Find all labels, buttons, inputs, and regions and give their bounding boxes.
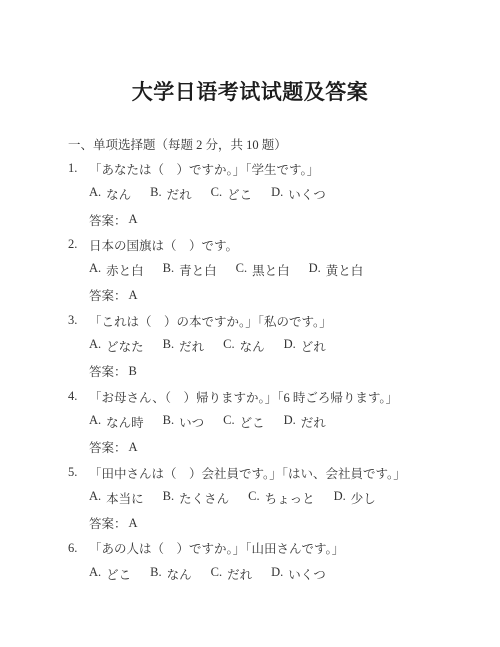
option-text: 黒と白 [252, 261, 290, 279]
option-label: C. [236, 261, 247, 279]
option-item: D.黄と白 [309, 261, 364, 279]
option-item: D.いくつ [271, 185, 326, 203]
section-heading: 一、单项选择题（每题 2 分，共 10 题） [0, 131, 500, 156]
answer-label: 答案： [89, 286, 127, 304]
option-text: だれ [179, 337, 204, 355]
option-text: なん [240, 337, 265, 355]
answer-label: 答案： [89, 514, 127, 532]
option-text: 少し [351, 489, 376, 507]
option-text: どこ [240, 413, 265, 431]
option-item: B.だれ [150, 185, 191, 203]
option-item: C.黒と白 [236, 261, 290, 279]
question-number: 4. [68, 389, 89, 404]
question-line: 2. 日本の国旗は（ ）です。 [0, 232, 500, 257]
question-block: 4. 「お母さん、（ ）帰りますか。」「6 時ごろ帰ります。」 A.なん時B.い… [0, 384, 500, 460]
option-item: A.本当に [89, 489, 144, 507]
option-label: A. [89, 185, 101, 203]
option-item: A.なん時 [89, 413, 144, 431]
option-item: B.いつ [163, 413, 204, 431]
question-options: A.どなたB.だれC.なんD.どれ [0, 333, 500, 358]
option-label: D. [334, 489, 346, 507]
option-text: 本当に [106, 489, 144, 507]
question-text: 「あなたは（ ）ですか。」「学生です。」 [89, 160, 319, 178]
question-answer-line: 答案：A [0, 435, 500, 460]
option-label: A. [89, 489, 101, 507]
option-item: D.どれ [284, 337, 326, 355]
option-item: C.なん [223, 337, 264, 355]
option-label: B. [163, 489, 174, 507]
option-label: B. [163, 261, 174, 279]
option-text: なん [167, 565, 192, 583]
question-answer-line: 答案：A [0, 207, 500, 232]
option-item: A.赤と白 [89, 261, 144, 279]
option-text: だれ [227, 565, 252, 583]
question-number: 6. [68, 541, 89, 556]
option-label: D. [309, 261, 321, 279]
option-text: だれ [301, 413, 326, 431]
option-text: どこ [106, 565, 131, 583]
option-item: C.だれ [211, 565, 252, 583]
document-title: 大学日语考试试题及答案 [0, 0, 500, 105]
option-item: B.なん [150, 565, 191, 583]
option-text: だれ [167, 185, 192, 203]
option-item: D.だれ [284, 413, 326, 431]
question-answer-line: 答案：A [0, 283, 500, 308]
question-text: 「田中さんは（ ）会社員です。」「はい、会社員です。」 [89, 464, 406, 482]
answer-value: A [129, 288, 138, 303]
option-item: B.青と白 [163, 261, 217, 279]
answer-label: 答案： [89, 438, 127, 456]
option-text: 赤と白 [106, 261, 144, 279]
option-item: C.ちょっと [248, 489, 314, 507]
option-text: 青と白 [179, 261, 217, 279]
option-label: A. [89, 565, 101, 583]
option-label: A. [89, 337, 101, 355]
option-label: C. [211, 565, 222, 583]
option-item: B.たくさん [163, 489, 229, 507]
document-page: 大学日语考试试题及答案 一、单项选择题（每题 2 分，共 10 题） 1. 「あ… [0, 0, 500, 647]
option-item: A.どなた [89, 337, 144, 355]
exam-content: 一、单项选择题（每题 2 分，共 10 题） 1. 「あなたは（ ）ですか。」「… [0, 131, 500, 586]
question-line: 4. 「お母さん、（ ）帰りますか。」「6 時ごろ帰ります。」 [0, 384, 500, 409]
option-text: なん [106, 185, 131, 203]
question-line: 6. 「あの人は（ ）ですか。」「山田さんです。」 [0, 536, 500, 561]
option-item: D.少し [334, 489, 376, 507]
question-text: 「あの人は（ ）ですか。」「山田さんです。」 [89, 539, 344, 557]
question-block: 6. 「あの人は（ ）ですか。」「山田さんです。」 A.どこB.なんC.だれD.… [0, 536, 500, 587]
question-block: 5. 「田中さんは（ ）会社員です。」「はい、会社員です。」 A.本当にB.たく… [0, 460, 500, 536]
answer-value: A [129, 516, 138, 531]
question-block: 3. 「これは（ ）の本ですか。」「私のです。」 A.どなたB.だれC.なんD.… [0, 308, 500, 384]
question-text: 日本の国旗は（ ）です。 [89, 236, 238, 254]
option-label: C. [223, 337, 234, 355]
question-number: 5. [68, 465, 89, 480]
option-label: A. [89, 261, 101, 279]
option-label: B. [150, 185, 161, 203]
question-line: 5. 「田中さんは（ ）会社員です。」「はい、会社員です。」 [0, 460, 500, 485]
option-text: どこ [227, 185, 252, 203]
question-text: 「これは（ ）の本ですか。」「私のです。」 [89, 312, 332, 330]
option-text: 黄と白 [326, 261, 364, 279]
option-label: C. [211, 185, 222, 203]
option-item: B.だれ [163, 337, 204, 355]
option-item: C.どこ [223, 413, 264, 431]
answer-value: B [129, 364, 137, 379]
option-text: いつ [179, 413, 204, 431]
answer-label: 答案： [89, 362, 127, 380]
question-line: 1. 「あなたは（ ）ですか。」「学生です。」 [0, 156, 500, 181]
option-item: D.いくつ [271, 565, 326, 583]
option-text: なん時 [106, 413, 144, 431]
option-text: どれ [301, 337, 326, 355]
option-label: C. [248, 489, 259, 507]
answer-label: 答案： [89, 211, 127, 229]
option-label: B. [163, 337, 174, 355]
question-answer-line: 答案：A [0, 510, 500, 535]
question-number: 1. [68, 161, 89, 176]
option-text: どなた [106, 337, 144, 355]
question-line: 3. 「これは（ ）の本ですか。」「私のです。」 [0, 308, 500, 333]
option-label: D. [271, 185, 283, 203]
question-number: 3. [68, 313, 89, 328]
option-item: A.どこ [89, 565, 131, 583]
question-options: A.赤と白B.青と白C.黒と白D.黄と白 [0, 257, 500, 282]
question-list: 1. 「あなたは（ ）ですか。」「学生です。」 A.なんB.だれC.どこD.いく… [0, 156, 500, 586]
option-text: ちょっと [265, 489, 315, 507]
answer-value: A [129, 440, 138, 455]
question-block: 2. 日本の国旗は（ ）です。 A.赤と白B.青と白C.黒と白D.黄と白 答案：… [0, 232, 500, 308]
option-label: D. [284, 337, 296, 355]
question-options: A.どこB.なんC.だれD.いくつ [0, 561, 500, 586]
option-label: D. [271, 565, 283, 583]
question-answer-line: 答案：B [0, 359, 500, 384]
question-text: 「お母さん、（ ）帰りますか。」「6 時ごろ帰ります。」 [89, 388, 398, 406]
option-label: B. [163, 413, 174, 431]
option-item: A.なん [89, 185, 131, 203]
option-label: A. [89, 413, 101, 431]
option-text: たくさん [179, 489, 229, 507]
question-options: A.なんB.だれC.どこD.いくつ [0, 182, 500, 207]
option-label: B. [150, 565, 161, 583]
option-text: いくつ [288, 565, 326, 583]
option-label: C. [223, 413, 234, 431]
question-options: A.本当にB.たくさんC.ちょっとD.少し [0, 485, 500, 510]
answer-value: A [129, 212, 138, 227]
question-number: 2. [68, 237, 89, 252]
option-label: D. [284, 413, 296, 431]
option-text: いくつ [288, 185, 326, 203]
question-block: 1. 「あなたは（ ）ですか。」「学生です。」 A.なんB.だれC.どこD.いく… [0, 156, 500, 232]
question-options: A.なん時B.いつC.どこD.だれ [0, 409, 500, 434]
option-item: C.どこ [211, 185, 252, 203]
